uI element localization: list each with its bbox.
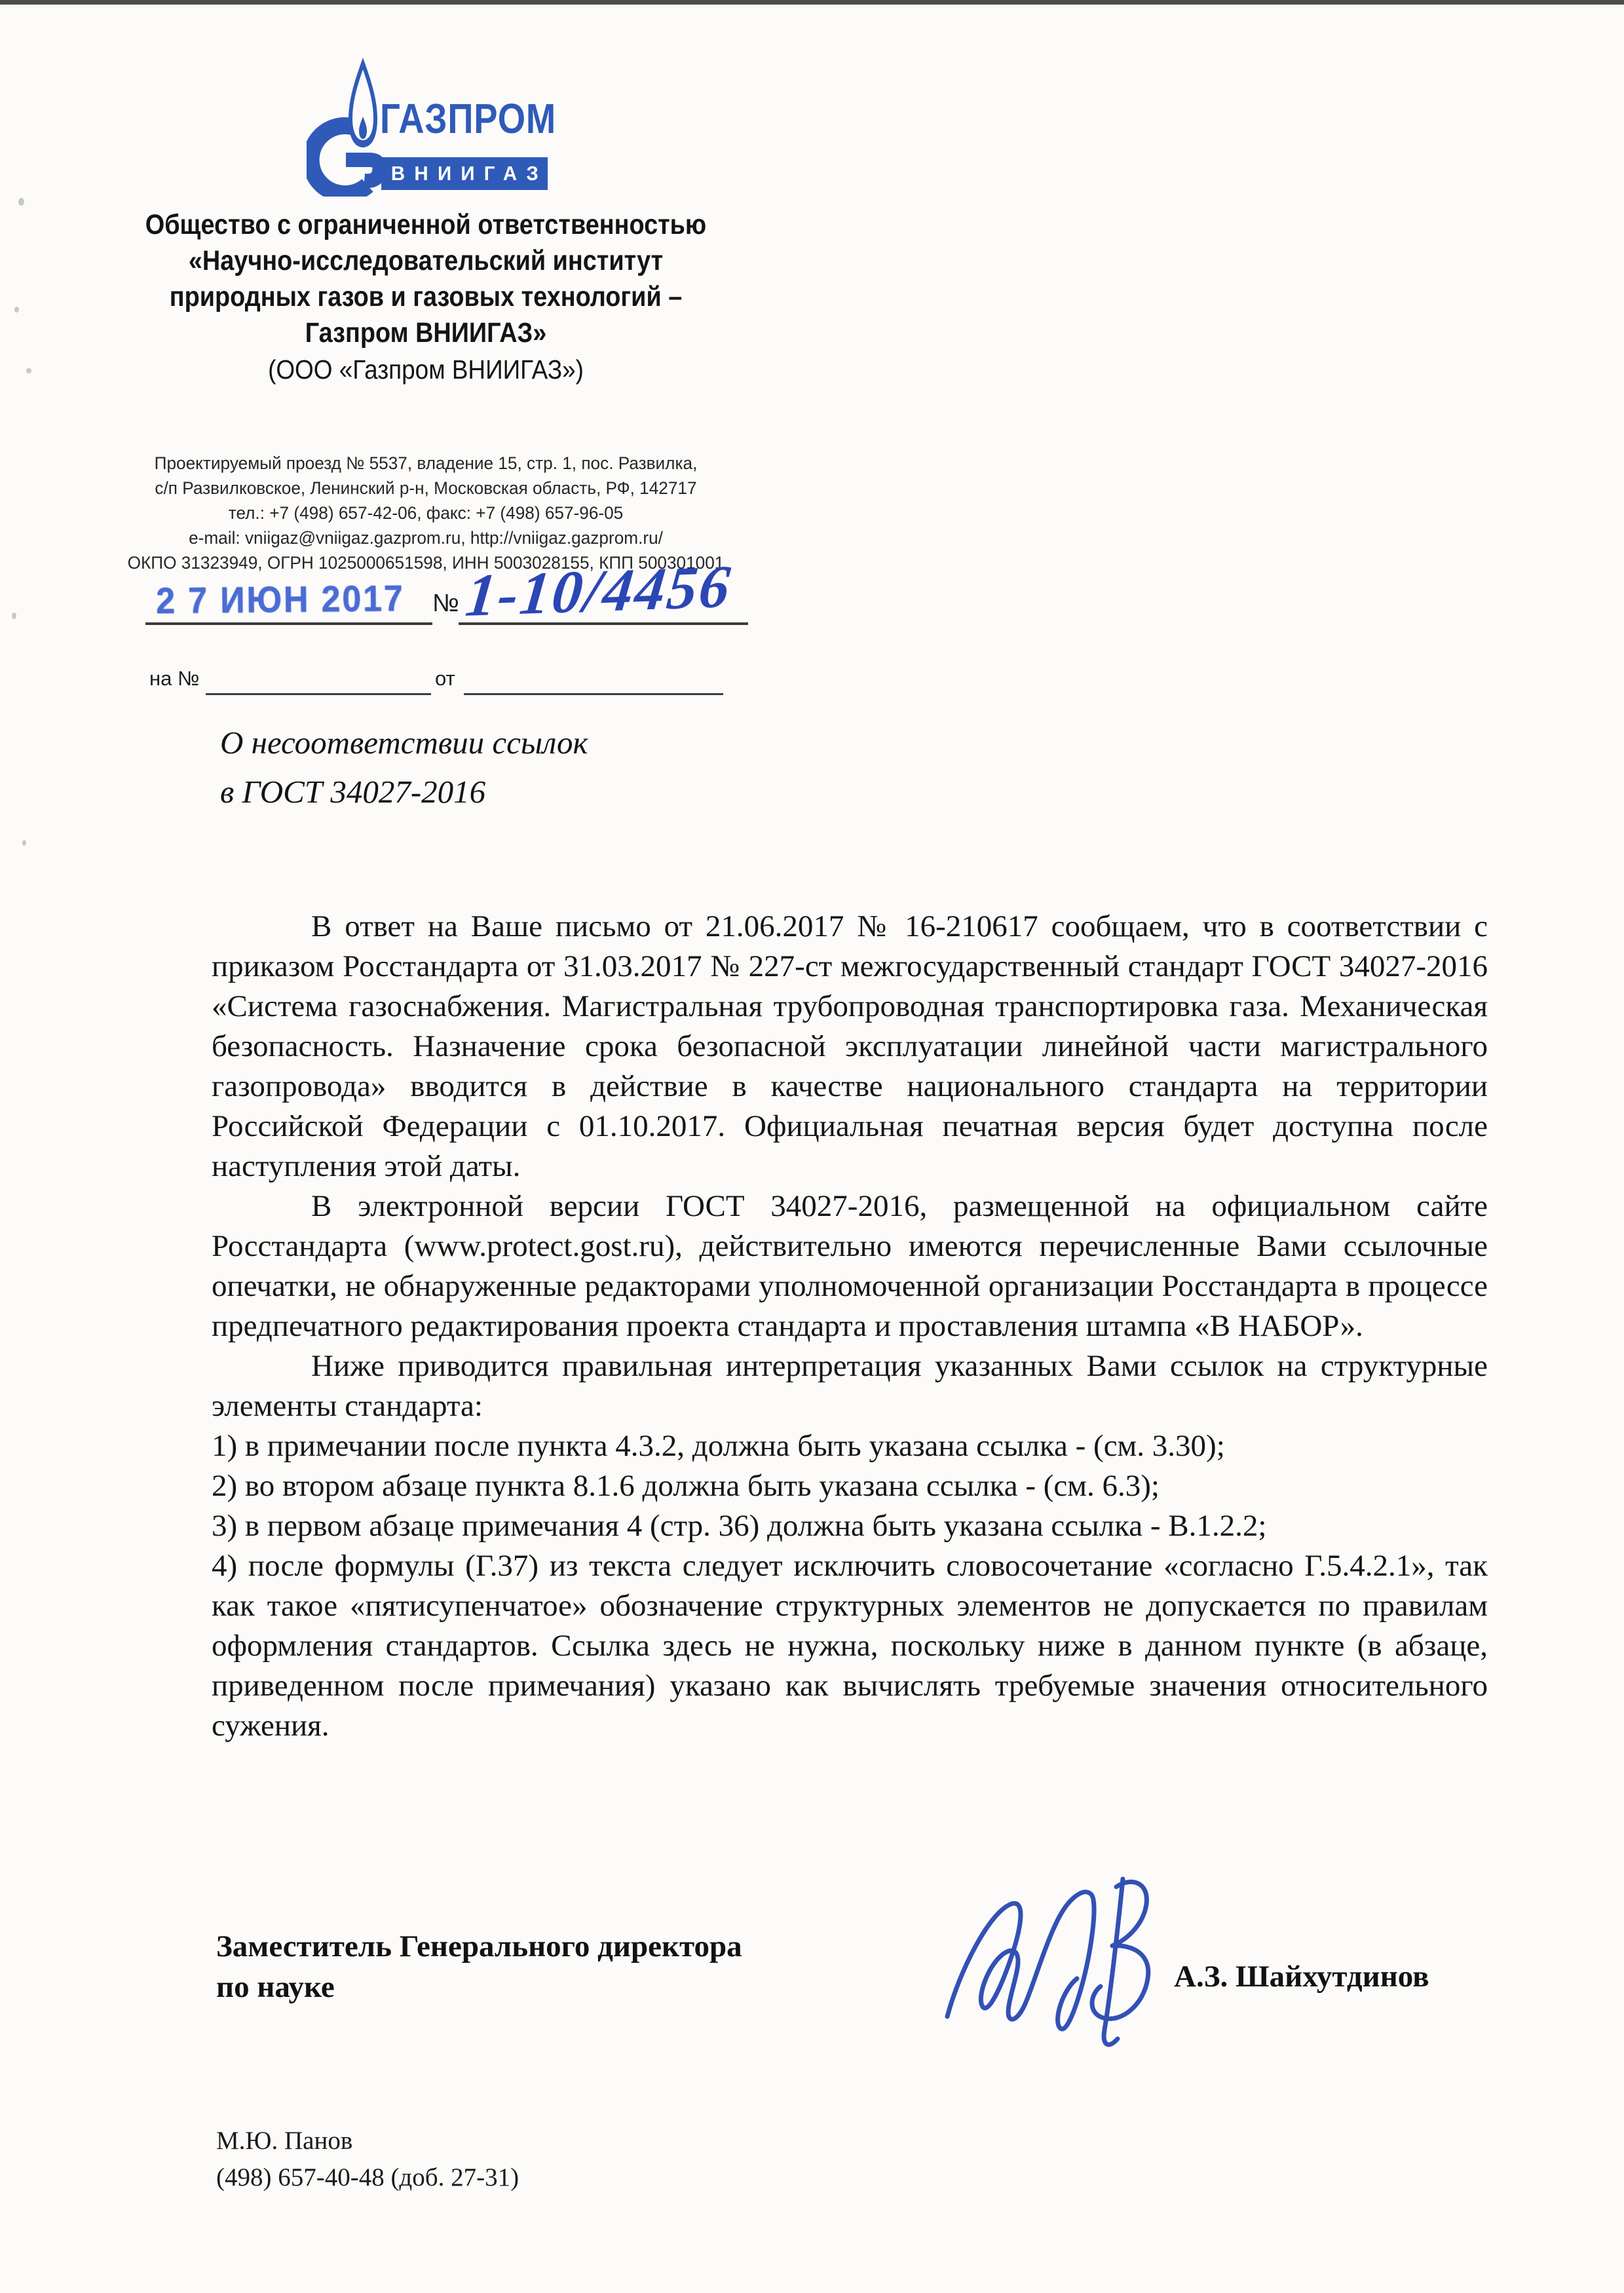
handwritten-signature bbox=[916, 1861, 1178, 2077]
address-line: e-mail: vniigaz@vniigaz.gazprom.ru, http… bbox=[96, 525, 757, 550]
executor-block: М.Ю. Панов (498) 657-40-48 (доб. 27-31) bbox=[216, 2123, 519, 2196]
company-name-block: Общество с ограниченной ответственностью… bbox=[85, 207, 766, 388]
list-item: 4) после формулы (Г.37) из текста следуе… bbox=[212, 1546, 1488, 1746]
list-item: 2) во втором абзаце пункта 8.1.6 должна … bbox=[212, 1466, 1488, 1506]
from-underline bbox=[464, 693, 723, 695]
scan-speck bbox=[12, 613, 16, 619]
body-paragraph: В электронной версии ГОСТ 34027-2016, ра… bbox=[212, 1186, 1488, 1346]
subject-block: О несоответствии ссылок в ГОСТ 34027-201… bbox=[220, 718, 588, 816]
list-item: 3) в первом абзаце примечания 4 (стр. 36… bbox=[212, 1506, 1488, 1546]
logo-institute-text: ВНИИГАЗ bbox=[381, 162, 547, 185]
company-line: природных газов и газовых технологий – bbox=[126, 279, 725, 315]
scan-speck bbox=[18, 198, 24, 206]
letter-body: В ответ на Ваше письмо от 21.06.2017 № 1… bbox=[212, 907, 1488, 1746]
scan-speck bbox=[26, 368, 31, 373]
company-short-name: (ООО «Газпром ВНИИГАЗ») bbox=[119, 351, 732, 388]
executor-name: М.Ю. Панов bbox=[216, 2123, 519, 2159]
list-item: 1) в примечании после пункта 4.3.2, долж… bbox=[212, 1426, 1488, 1466]
gazprom-flame-g-icon bbox=[307, 56, 388, 197]
subject-line: О несоответствии ссылок bbox=[220, 718, 588, 767]
address-line: тел.: +7 (498) 657-42-06, факс: +7 (498)… bbox=[96, 501, 757, 525]
company-line: Общество с ограниченной ответственностью bbox=[126, 207, 725, 243]
logo-brand-text: ГАЗПРОМ bbox=[380, 94, 526, 143]
logo-institute-badge: ВНИИГАЗ bbox=[381, 157, 548, 190]
date-underline bbox=[145, 622, 432, 625]
number-label: № bbox=[432, 590, 459, 618]
handwritten-number: 1-10/4456 bbox=[463, 551, 735, 630]
signer-title: Заместитель Генерального директора по на… bbox=[216, 1926, 937, 2007]
body-paragraph: В ответ на Ваше письмо от 21.06.2017 № 1… bbox=[212, 907, 1488, 1186]
gazprom-logo: ГАЗПРОМ ВНИИГАЗ bbox=[307, 56, 550, 197]
address-line: с/п Развилковское, Ленинский р-н, Москов… bbox=[96, 476, 757, 501]
reply-underline bbox=[206, 693, 431, 695]
signer-title-line: по науке bbox=[216, 1967, 937, 2007]
scan-edge-artifact bbox=[0, 0, 1624, 5]
signer-title-line: Заместитель Генерального директора bbox=[216, 1926, 937, 1967]
scan-speck bbox=[22, 840, 26, 846]
body-paragraph: Ниже приводится правильная интерпретация… bbox=[212, 1346, 1488, 1426]
number-underline bbox=[459, 622, 748, 625]
scanned-letter-page: ГАЗПРОМ ВНИИГАЗ Общество с ограниченной … bbox=[0, 0, 1624, 2293]
signer-name: А.З. Шайхутдинов bbox=[1174, 1959, 1429, 1994]
subject-line: в ГОСТ 34027-2016 bbox=[220, 767, 588, 816]
executor-phone: (498) 657-40-48 (доб. 27-31) bbox=[216, 2159, 519, 2196]
company-line: Газпром ВНИИГАЗ» bbox=[126, 315, 725, 351]
from-label: от bbox=[435, 667, 455, 691]
reply-to-label: на № bbox=[149, 667, 199, 691]
company-line: «Научно-исследовательский институт bbox=[126, 243, 725, 279]
scan-speck bbox=[14, 307, 19, 313]
address-line: Проектируемый проезд № 5537, владение 15… bbox=[96, 451, 757, 476]
date-stamp: 2 7 ИЮН 2017 bbox=[156, 577, 405, 622]
